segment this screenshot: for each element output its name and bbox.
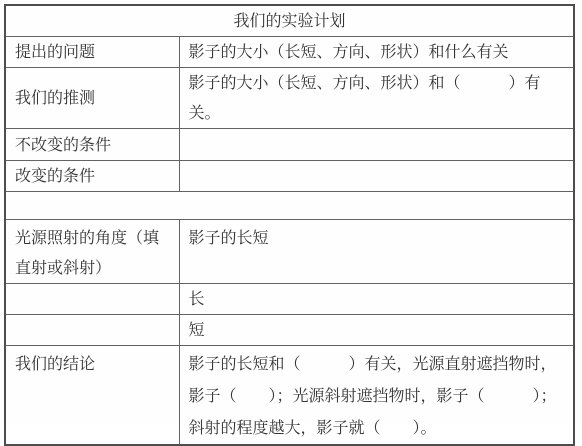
document-page: 我们的实验计划 提出的问题 影子的大小（长短、方向、形状）和什么有关 我们的推测… [0, 0, 582, 425]
short-row-value-cell: 短 [179, 315, 574, 346]
table-title: 我们的实验计划 [5, 5, 574, 37]
short-row-label-cell [5, 315, 179, 346]
table-row [5, 192, 574, 220]
table-row: 长 [5, 284, 574, 315]
guess-label-cell: 我们的推测 [5, 68, 179, 129]
changed-conditions-label-cell: 改变的条件 [5, 161, 179, 192]
unchanged-conditions-value-cell [179, 129, 574, 161]
question-value-cell: 影子的大小（长短、方向、形状）和什么有关 [179, 37, 574, 68]
changed-conditions-value-cell [179, 161, 574, 192]
conclusion-label-cell: 我们的结论 [5, 346, 179, 446]
table-row: 我们的推测 影子的大小（长短、方向、形状）和（ ）有关。 [5, 68, 574, 129]
long-row-value-cell: 长 [179, 284, 574, 315]
light-angle-label-cell: 光源照射的角度（填直射或斜射） [5, 220, 179, 284]
conclusion-value-cell: 影子的长短和（ ）有关，光源直射遮挡物时，影子（ ）；光源斜射遮挡物时，影子（ … [179, 346, 574, 446]
table-row: 我们的结论 影子的长短和（ ）有关，光源直射遮挡物时，影子（ ）；光源斜射遮挡物… [5, 346, 574, 446]
empty-spacer-cell [5, 192, 574, 220]
experiment-plan-table: 我们的实验计划 提出的问题 影子的大小（长短、方向、形状）和什么有关 我们的推测… [4, 4, 575, 446]
table-row: 我们的实验计划 [5, 5, 574, 37]
table-row: 短 [5, 315, 574, 346]
question-label-cell: 提出的问题 [5, 37, 179, 68]
table-row: 提出的问题 影子的大小（长短、方向、形状）和什么有关 [5, 37, 574, 68]
long-row-label-cell [5, 284, 179, 315]
shadow-length-header-cell: 影子的长短 [179, 220, 574, 284]
table-row: 光源照射的角度（填直射或斜射） 影子的长短 [5, 220, 574, 284]
unchanged-conditions-label-cell: 不改变的条件 [5, 129, 179, 161]
table-row: 改变的条件 [5, 161, 574, 192]
guess-value-cell: 影子的大小（长短、方向、形状）和（ ）有关。 [179, 68, 574, 129]
table-row: 不改变的条件 [5, 129, 574, 161]
